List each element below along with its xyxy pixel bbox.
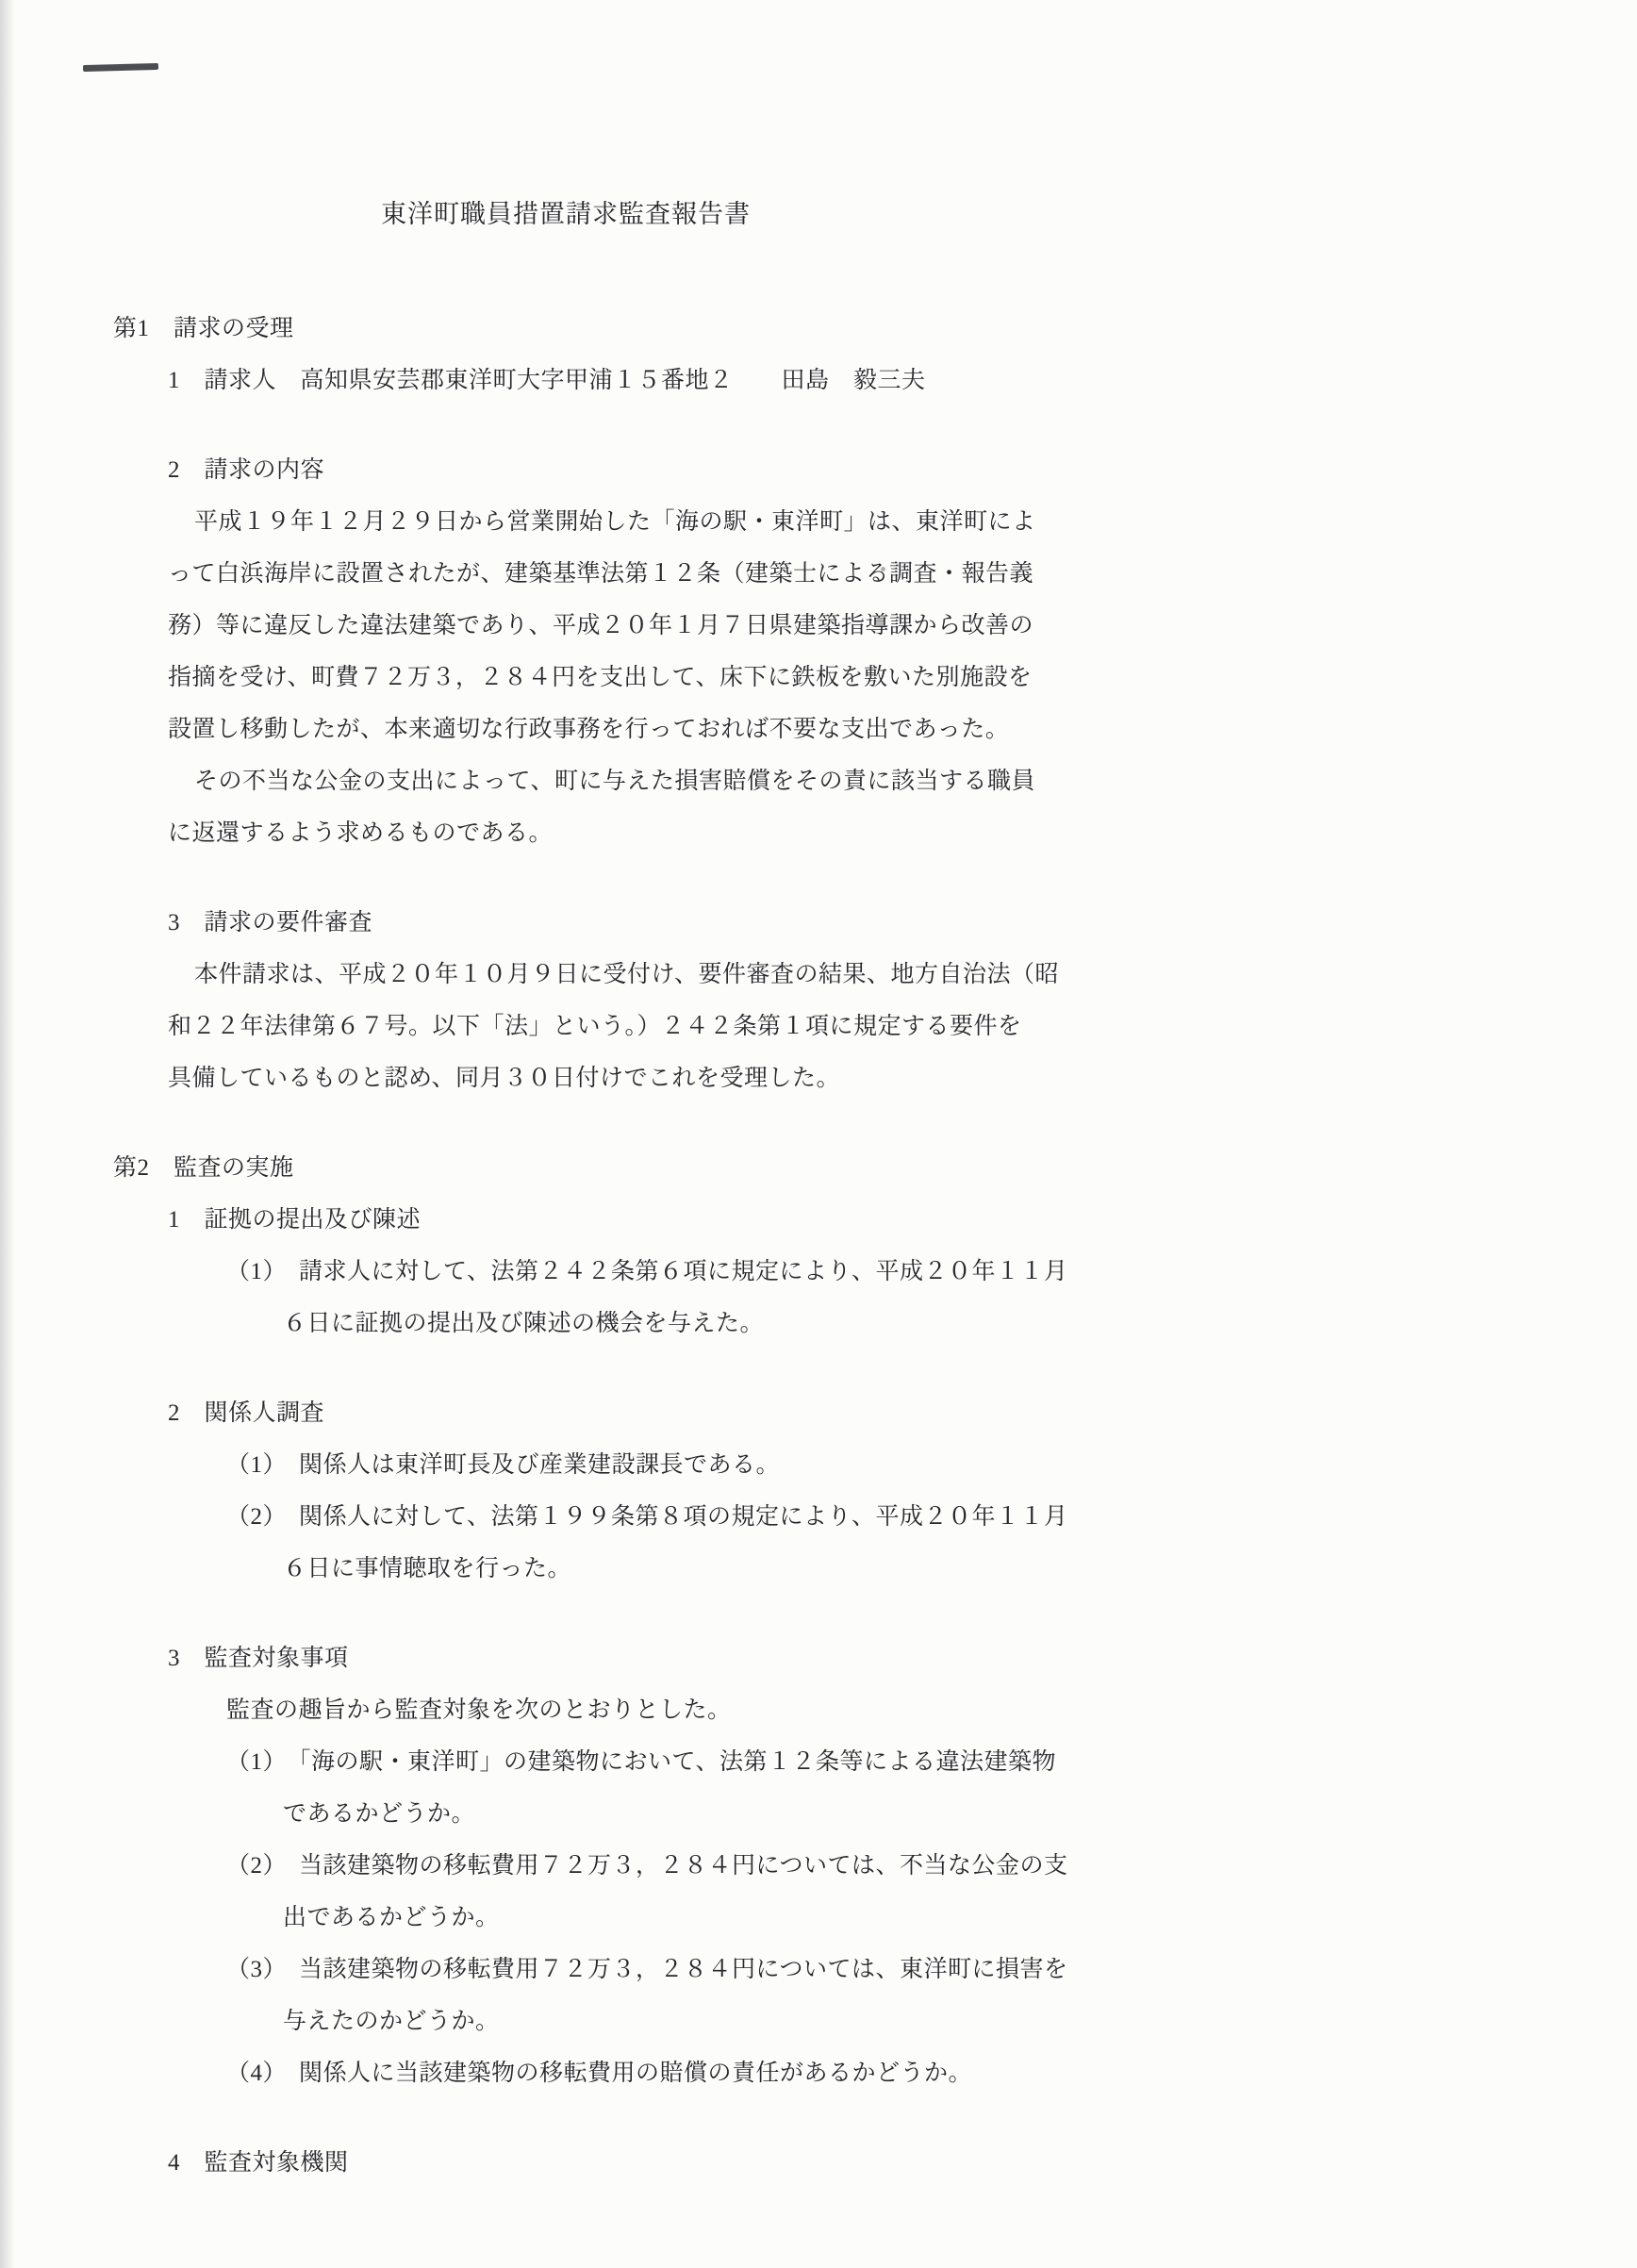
- scan-artifact-mark: [83, 63, 158, 72]
- list-item-line: （4） 関係人に当該建築物の移転費用の賠償の責任があるかどうか。: [226, 2047, 1056, 2099]
- scan-edge-shadow: [0, 0, 15, 2268]
- list-item-line: （1） 「海の駅・東洋町」の建築物において、法第１２条等による違法建築物: [226, 1736, 1056, 1788]
- scanned-document-page: 東洋町職員措置請求監査報告書 第1 請求の受理 1 請求人 高知県安芸郡東洋町大…: [0, 0, 1637, 2268]
- item-heading: 1 証拠の提出及び陳述: [168, 1194, 1056, 1246]
- list-item-line: であるかどうか。: [283, 1788, 1056, 1840]
- list-item-line: （1） 請求人に対して、法第２４２条第６項に規定により、平成２０年１１月: [226, 1246, 1056, 1298]
- body-line: って白浜海岸に設置されたが、建築基準法第１２条（建築士による調査・報告義: [168, 548, 1056, 600]
- item-heading: 3 請求の要件審査: [168, 897, 1056, 949]
- document-title: 東洋町職員措置請求監査報告書: [113, 189, 1018, 240]
- item-line: 1 請求人 高知県安芸郡東洋町大字甲浦１５番地２ 田島 毅三夫: [168, 355, 1056, 406]
- list-item-line: （2） 関係人に対して、法第１９９条第８項の規定により、平成２０年１１月: [226, 1491, 1056, 1543]
- body-line: に返還するよう求めるものである。: [168, 807, 1056, 859]
- list-item-line: 出であるかどうか。: [283, 1892, 1056, 1944]
- item-heading: 2 関係人調査: [168, 1387, 1056, 1439]
- list-item-line: ６日に事情聴取を行った。: [283, 1543, 1056, 1595]
- body-line: 指摘を受け、町費７２万３，２８４円を支出して、床下に鉄板を敷いた別施設を: [168, 652, 1056, 704]
- body-line: 務）等に違反した違法建築であり、平成２０年１月７日県建築指導課から改善の: [168, 600, 1056, 652]
- list-item-line: ６日に証拠の提出及び陳述の機会を与えた。: [283, 1298, 1056, 1349]
- item-heading: 3 監査対象事項: [168, 1632, 1056, 1684]
- body-line: 平成１９年１２月２９日から営業開始した「海の駅・東洋町」は、東洋町によ: [168, 496, 1056, 548]
- body-line: その不当な公金の支出によって、町に与えた損害賠償をその責に該当する職員: [168, 755, 1056, 807]
- body-line: 和２２年法律第６７号。以下「法」という。）２４２条第１項に規定する要件を: [168, 1001, 1056, 1052]
- item-heading: 4 監査対象機関: [168, 2137, 1056, 2189]
- body-line: 本件請求は、平成２０年１０月９日に受付け、要件審査の結果、地方自治法（昭: [168, 949, 1056, 1001]
- body-line: 具備しているものと認め、同月３０日付けでこれを受理した。: [168, 1052, 1056, 1104]
- document-body: 東洋町職員措置請求監査報告書 第1 請求の受理 1 請求人 高知県安芸郡東洋町大…: [113, 189, 1056, 2189]
- item-heading: 2 請求の内容: [168, 444, 1056, 496]
- list-item-line: （3） 当該建築物の移転費用７２万３，２８４円については、東洋町に損害を: [226, 1944, 1056, 1995]
- body-line: 監査の趣旨から監査対象を次のとおりとした。: [226, 1684, 1056, 1736]
- list-item-line: （2） 当該建築物の移転費用７２万３，２８４円については、不当な公金の支: [226, 1840, 1056, 1892]
- section-heading: 第1 請求の受理: [113, 303, 1056, 355]
- body-line: 設置し移動したが、本来適切な行政事務を行っておれば不要な支出であった。: [168, 704, 1056, 755]
- section-heading: 第2 監査の実施: [113, 1142, 1056, 1194]
- list-item-line: （1） 関係人は東洋町長及び産業建設課長である。: [226, 1439, 1056, 1491]
- list-item-line: 与えたのかどうか。: [283, 1995, 1056, 2047]
